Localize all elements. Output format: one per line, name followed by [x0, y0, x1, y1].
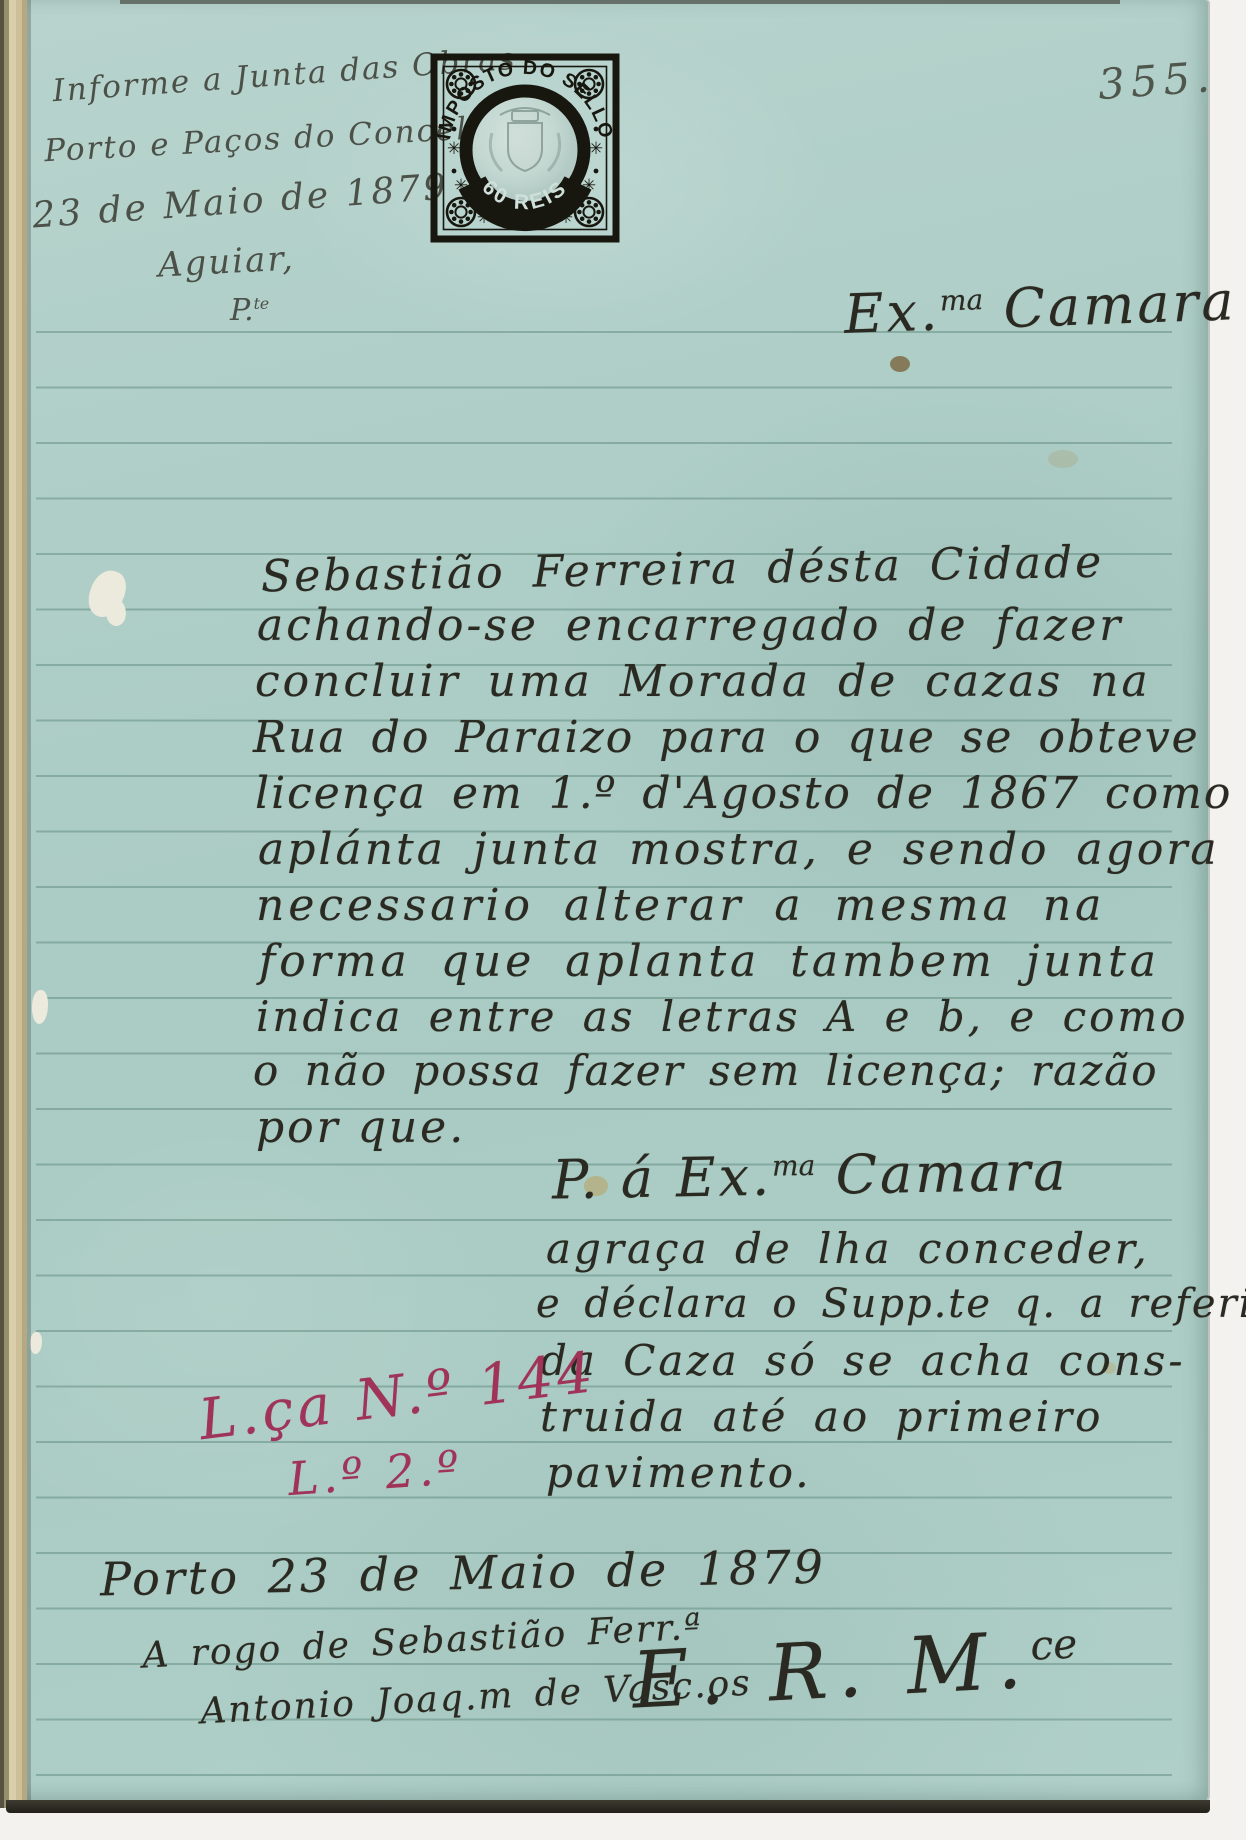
header-note-signature: Aguiar,	[157, 240, 295, 284]
body-line: forma que aplanta tambem junta	[259, 938, 1160, 986]
paper-sheet: Informe a Junta das Obras Porto e Paços …	[6, 0, 1208, 1802]
petition-line: da Caza só se acha cons-	[540, 1338, 1186, 1384]
book-binding-edge	[0, 0, 34, 1808]
svg-text:✳: ✳	[589, 139, 603, 158]
body-line: aplánta junta mostra, e sendo agora	[258, 826, 1220, 874]
body-line: achando-se encarregado de fazer	[257, 602, 1123, 650]
body-line: concluir uma Morada de cazas na	[255, 658, 1151, 706]
ink-stain	[890, 356, 910, 372]
tax-stamp: ✳✳ ✳✳ ✳✳ IMPOSTO DO SELLO 60 REIS	[430, 53, 620, 243]
petition-head: P. á Ex.ma Camara	[552, 1141, 1070, 1209]
header-note-date: 23 de Maio de 1879	[31, 167, 450, 236]
page-number: 355.	[1097, 54, 1217, 108]
body-line: licença em 1.º d'Agosto de 1867 como	[255, 770, 1232, 818]
body-line: indica entre as letras A e b, e como	[256, 994, 1189, 1040]
petition-line: e déclara o Supp.te q. a referi-	[536, 1282, 1246, 1326]
closing-date-line: Porto 23 de Maio de 1879	[100, 1542, 827, 1605]
registry-note-line-2: L.º 2.º	[286, 1442, 464, 1505]
petition-line: pavimento.	[546, 1450, 812, 1496]
addressee-heading: Ex.ma Camara	[843, 271, 1237, 344]
petition-line: agraça de lha conceder,	[546, 1226, 1150, 1272]
paper-stain	[1048, 450, 1078, 468]
body-line: necessario alterar a mesma na	[256, 882, 1105, 930]
page-bottom-edge	[6, 1800, 1210, 1813]
body-line: o não possa fazer sem licença; razão	[253, 1048, 1159, 1094]
svg-text:✳: ✳	[447, 139, 461, 158]
scanned-document-page: Informe a Junta das Obras Porto e Paços …	[0, 0, 1246, 1840]
page-top-edge	[120, 0, 1120, 4]
body-line: Rua do Paraizo para o que se obteve	[253, 714, 1200, 762]
petition-line: truida até ao primeiro	[540, 1394, 1103, 1440]
body-line: por que.	[256, 1104, 466, 1152]
header-note-pte: P.te	[230, 294, 269, 327]
